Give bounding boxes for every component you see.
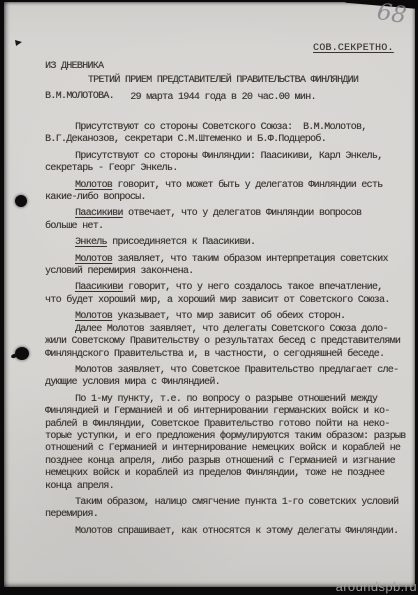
- paragraph: По 1-му пункту, т.е. по вопросу о разрыв…: [45, 394, 409, 493]
- body-line: конца апреля.: [45, 481, 409, 493]
- body-text: торые уступки, и его предложения формули…: [45, 431, 405, 442]
- paragraph: Присутствуют со стороны Финляндии: Пааси…: [45, 151, 409, 176]
- body-line: Энкель присоединяется к Паасикиви.: [45, 237, 409, 249]
- body-text: Таким образом, налицо смягчение пункта 1…: [75, 497, 398, 508]
- document-date-line: 29 марта 1944 года в 20 час.00 мин.: [41, 92, 405, 104]
- body-text: позднее конца апреля, либо разрыв отноше…: [45, 456, 395, 467]
- body-line: Молотов заявляет, что таким образом инте…: [45, 254, 409, 266]
- body-line: перемирия.: [45, 509, 409, 521]
- body-text: присоединяется к Паасикиви.: [107, 237, 255, 248]
- body-line: По 1-му пункту, т.е. по вопросу о разрыв…: [45, 394, 409, 406]
- body-line: Молотов говорит, что может быть у делега…: [45, 180, 409, 192]
- body-text: секретарь - Георг Энкель.: [45, 163, 178, 174]
- body-line: Паасикиви говорит, что у него создалось …: [45, 282, 409, 294]
- body-line: дующие условия мира с Финляндией.: [45, 377, 409, 389]
- body-line: Присутствуют со стороны Финляндии: Пааси…: [45, 151, 409, 163]
- speaker-name: Молотов: [75, 180, 112, 191]
- body-text: Далее Молотов заявляет, что делегаты Сов…: [75, 324, 388, 335]
- handwritten-page-number: 68: [375, 0, 408, 29]
- body-text: Финляндского Правительства и, в частност…: [45, 349, 384, 360]
- body-text: Присутствуют со стороны Советского Союза…: [75, 122, 367, 133]
- body-line: что будет хороший мир, а хороший мир зав…: [45, 295, 409, 307]
- body-text: конца апреля.: [45, 481, 114, 492]
- body-line: Далее Молотов заявляет, что делегаты Сов…: [45, 324, 409, 336]
- paragraph: Энкель присоединяется к Паасикиви.: [45, 237, 409, 249]
- body-line: позднее конца апреля, либо разрыв отноше…: [45, 456, 409, 468]
- body-text: говорит, что у него создалось такое впеч…: [123, 282, 383, 293]
- body-text: раблей в Финляндии, Советское Правительс…: [45, 419, 390, 430]
- paragraph: Молотов заявляет, что Советское Правител…: [45, 365, 409, 390]
- body-line: Финляндией и Германией и об интернирован…: [45, 406, 409, 418]
- body-text: говорит, что может быть у делегатов Финл…: [112, 180, 382, 191]
- body-text: условий перемирия закончена.: [45, 266, 193, 277]
- paragraph: Далее Молотов заявляет, что делегаты Сов…: [45, 324, 409, 361]
- speaker-name: Паасикиви: [75, 208, 123, 219]
- body-line: В.Г.Деканозов, секретари С.М.Штеменко и …: [45, 134, 409, 146]
- hole-punch-bottom: [15, 347, 29, 360]
- source-line-1: ИЗ ДНЕВНИКА: [45, 62, 114, 72]
- watermark: aroundspb.ru: [336, 579, 417, 594]
- body-text: перемирия.: [45, 509, 98, 520]
- body-text: Молотов спрашивает, как относятся к этом…: [75, 526, 398, 537]
- classification-stamp: СОВ.СЕКРЕТНО.: [313, 43, 394, 55]
- body-text: какие-либо вопросы.: [45, 192, 146, 203]
- paragraph: Молотов спрашивает, как относятся к этом…: [45, 526, 409, 538]
- body-line: Присутствуют со стороны Советского Союза…: [45, 122, 409, 134]
- body-text: жили Советскому Правительству о результа…: [45, 336, 400, 347]
- paragraph: Молотов говорит, что может быть у делега…: [45, 180, 409, 205]
- body-text: немецких войск и кораблей из пределов Фи…: [45, 468, 384, 479]
- body-line: немецких войск и кораблей из пределов Фи…: [45, 468, 409, 480]
- body-line: Молотов указывает, что мир зависит об об…: [45, 311, 409, 323]
- paragraph: Паасикиви говорит, что у него создалось …: [45, 282, 409, 307]
- body-text: Молотов заявляет, что Советское Правител…: [75, 365, 398, 376]
- body-line: отношений с Германией и интернирование н…: [45, 443, 409, 455]
- body-text: Присутствуют со стороны Финляндии: Пааси…: [75, 151, 382, 162]
- speaker-name: Энкель: [75, 237, 107, 248]
- body-text: указывает, что мир зависит об обеих стор…: [112, 311, 345, 322]
- body-text: что будет хороший мир, а хороший мир зав…: [45, 295, 390, 306]
- paragraph: Молотов указывает, что мир зависит об об…: [45, 311, 409, 323]
- document-body: Присутствуют со стороны Советского Союза…: [45, 122, 409, 538]
- document-title: ТРЕТИЙ ПРИЕМ ПРЕДСТАВИТЕЛЕЙ ПРАВИТЕЛЬСТВ…: [41, 75, 405, 87]
- paragraph: Паасикиви отвечает, что у делегатов Финл…: [45, 208, 409, 233]
- scanned-document-page: { "scan": { "page_number_annotation": "6…: [0, 0, 418, 595]
- body-text: В.Г.Деканозов, секретари С.М.Штеменко и …: [45, 134, 326, 145]
- body-text: отношений с Германией и интернирование н…: [45, 443, 400, 454]
- paragraph: Молотов заявляет, что таким образом инте…: [45, 254, 409, 279]
- body-line: секретарь - Георг Энкель.: [45, 163, 409, 175]
- speaker-name: Молотов: [75, 311, 112, 322]
- body-line: торые уступки, и его предложения формули…: [45, 431, 409, 443]
- body-line: Таким образом, налицо смягчение пункта 1…: [45, 497, 409, 509]
- paragraph: Присутствуют со стороны Советского Союза…: [45, 122, 409, 147]
- hole-punch-top: [15, 195, 27, 207]
- body-line: жили Советскому Правительству о результа…: [45, 336, 409, 348]
- body-line: Финляндского Правительства и, в частност…: [45, 349, 409, 361]
- body-line: Молотов спрашивает, как относятся к этом…: [45, 526, 409, 538]
- ink-mark: [15, 38, 22, 46]
- body-line: Паасикиви отвечает, что у делегатов Финл…: [45, 208, 409, 220]
- body-text: Финляндией и Германией и об интернирован…: [45, 406, 390, 417]
- body-line: условий перемирия закончена.: [45, 266, 409, 278]
- document-page: ИЗ ДНЕВНИКА В.М.МОЛОТОВА. СОВ.СЕКРЕТНО. …: [4, 2, 415, 587]
- body-line: раблей в Финляндии, Советское Правительс…: [45, 419, 409, 431]
- body-text: отвечает, что у делегатов Финляндии вопр…: [123, 208, 362, 219]
- body-text: По 1-му пункту, т.е. по вопросу о разрыв…: [75, 394, 377, 405]
- body-line: какие-либо вопросы.: [45, 192, 409, 204]
- body-text: заявляет, что таким образом интерпретаци…: [112, 254, 388, 265]
- body-text: больше нет.: [45, 221, 103, 232]
- body-line: больше нет.: [45, 221, 409, 233]
- speaker-name: Молотов: [75, 254, 112, 265]
- speaker-name: Паасикиви: [75, 282, 123, 293]
- paragraph: Таким образом, налицо смягчение пункта 1…: [45, 497, 409, 522]
- body-text: дующие условия мира с Финляндией.: [45, 377, 220, 388]
- body-line: Молотов заявляет, что Советское Правител…: [45, 365, 409, 377]
